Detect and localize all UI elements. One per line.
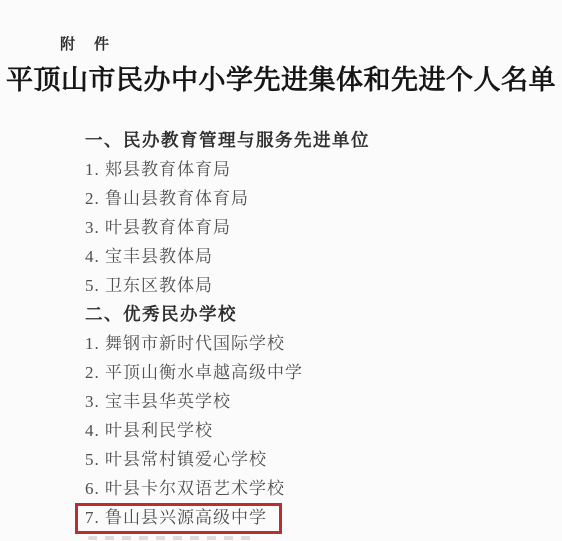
attachment-label: 附 件 xyxy=(60,33,111,54)
list-item: 2. 鲁山县教育体育局 xyxy=(85,184,546,213)
list-item: 3. 叶县教育体育局 xyxy=(85,213,546,242)
list-item-highlighted: 7. 鲁山县兴源高级中学 xyxy=(85,503,546,532)
list-item: 2. 平顶山衡水卓越高级中学 xyxy=(85,358,546,387)
clipped-next-line xyxy=(88,536,256,540)
list-item: 1. 郏县教育体育局 xyxy=(85,155,546,184)
highlight-box: 7. 鲁山县兴源高级中学 xyxy=(75,503,282,534)
list-item: 4. 叶县利民学校 xyxy=(85,416,546,445)
list-item: 5. 叶县常村镇爱心学校 xyxy=(85,445,546,474)
list-item: 6. 叶县卡尔双语艺术学校 xyxy=(85,474,546,503)
list-item: 4. 宝丰县教体局 xyxy=(85,242,546,271)
section-heading-excellent-schools: 二、优秀民办学校 xyxy=(85,300,546,329)
list-item: 5. 卫东区教体局 xyxy=(85,271,546,300)
page-title: 平顶山市民办中小学先进集体和先进个人名单 xyxy=(0,58,562,97)
list-item: 3. 宝丰县华英学校 xyxy=(85,387,546,416)
highlighted-school-label: 7. 鲁山县兴源高级中学 xyxy=(85,508,267,527)
list-item: 1. 舞钢市新时代国际学校 xyxy=(85,329,546,358)
section-heading-advanced-units: 一、民办教育管理与服务先进单位 xyxy=(85,126,546,155)
award-list: 一、民办教育管理与服务先进单位 1. 郏县教育体育局 2. 鲁山县教育体育局 3… xyxy=(85,126,546,532)
document-page: 附 件 平顶山市民办中小学先进集体和先进个人名单 一、民办教育管理与服务先进单位… xyxy=(0,0,562,541)
